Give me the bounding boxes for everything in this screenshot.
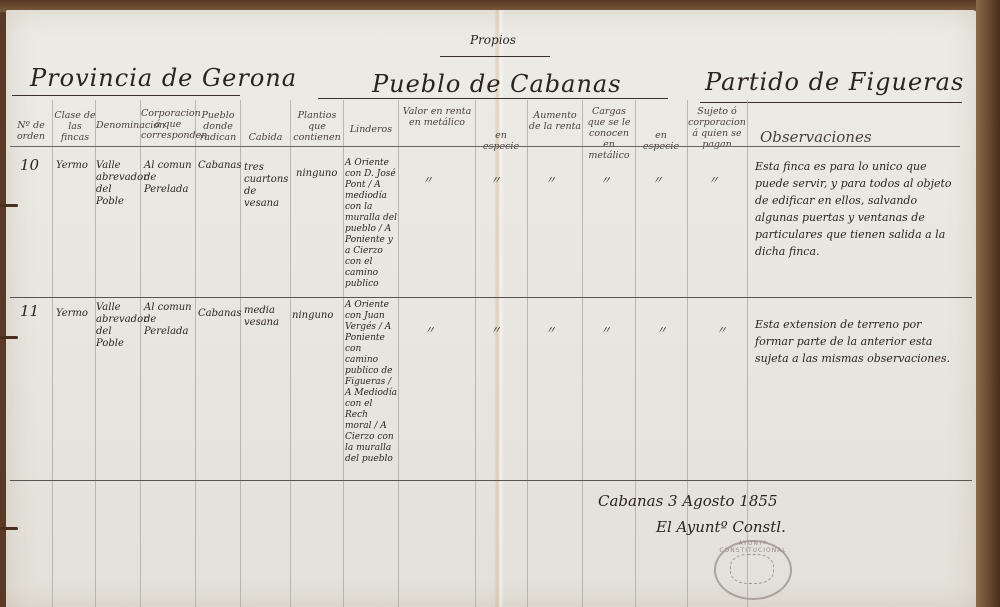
place-date: Cabanas 3 Agosto 1855 [598, 492, 778, 510]
col-header-pueblo: Pueblo donde radican [196, 110, 240, 143]
column-rule [343, 100, 344, 607]
seal-emblem-icon [730, 554, 774, 584]
binding-thread [0, 204, 18, 207]
col-header-clase: Clase de las fincas [54, 110, 96, 143]
binding-thread [0, 527, 18, 530]
cell-cabida: media vesana [244, 305, 290, 329]
cell-linderos: A Oriente con D. José Pont / A mediodía … [345, 158, 397, 290]
cell-denominacion: Valle abrevador del Poble [96, 302, 142, 350]
column-rule [635, 100, 636, 607]
book-edge-right [976, 0, 1000, 607]
cell-valor-especie: 〃 [490, 322, 501, 338]
heading-underline [318, 98, 668, 99]
town-heading: Pueblo de Cabanas [372, 70, 622, 98]
column-rule [527, 100, 528, 607]
cell-sujeto: 〃 [716, 322, 727, 338]
town-note: Propios [470, 33, 516, 47]
cell-observaciones: Esta finca es para lo unico que puede se… [755, 158, 960, 260]
row-rule [10, 297, 972, 298]
cell-linderos: A Oriente con Juan Vergés / A Poniente c… [345, 300, 397, 465]
cell-denominacion: Valle abrevador del Poble [96, 160, 142, 208]
col-header-corporacion: Corporacion á que corresponden [141, 108, 195, 141]
cell-plantios: ninguno [296, 168, 342, 180]
signature: El Ayuntº Constl. [656, 518, 786, 536]
col-header-valor-especie: en especie [476, 130, 526, 152]
col-header-plantios: Plantios que contienen [291, 110, 343, 143]
cell-cargas-especie: 〃 [652, 172, 663, 188]
cell-aumento: 〃 [545, 172, 556, 188]
column-rule [240, 100, 241, 607]
col-header-cabida: Cabida [241, 132, 290, 143]
heading-underline [12, 95, 240, 96]
cell-cabida: tres cuartons de vesana [244, 162, 290, 210]
column-rule [398, 100, 399, 607]
cell-orden: 11 [20, 302, 39, 320]
col-header-cargas-especie: en especie [636, 130, 686, 152]
cell-orden: 10 [20, 156, 39, 174]
district-heading: Partido de Figueras [705, 68, 964, 96]
col-header-aumento: Aumento de la renta [528, 110, 582, 132]
column-rule [290, 100, 291, 607]
cell-pueblo: Cabanas [198, 160, 242, 172]
heading-underline [700, 102, 962, 103]
cell-pueblo: Cabanas [198, 308, 242, 320]
cell-corporacion: Al comun de Perelada [144, 302, 194, 338]
cell-clase: Yermo [56, 308, 96, 320]
cell-clase: Yermo [56, 160, 96, 172]
col-header-denominacion: Denominacion [96, 120, 140, 131]
province-heading: Provincia de Gerona [30, 64, 297, 92]
col-header-observaciones: Observaciones [760, 128, 872, 146]
col-header-valor-metalico: Valor en renta en metálico [400, 106, 474, 128]
note-underline [440, 56, 550, 57]
col-header-linderos: Linderos [344, 124, 398, 135]
col-header-orden: Nº de orden [10, 120, 52, 142]
column-rule [52, 100, 53, 607]
cell-valor-metalico: 〃 [422, 172, 433, 188]
binding-thread [0, 336, 18, 339]
cell-valor-especie: 〃 [490, 172, 501, 188]
col-header-sujeto: Sujeto ó corporacion á quien se pagan [688, 106, 746, 150]
cell-plantios: ninguno [292, 310, 342, 322]
column-rule [475, 100, 476, 607]
cell-corporacion: Al comun de Perelada [144, 160, 194, 196]
row-rule [10, 480, 972, 481]
stamp-text: AYUNTº CONSTITUCIONAL [716, 540, 790, 554]
page-fold [494, 10, 504, 607]
cell-cargas-especie: 〃 [656, 322, 667, 338]
cell-cargas-metalico: 〃 [600, 172, 611, 188]
cell-valor-metalico: 〃 [424, 322, 435, 338]
cell-sujeto: 〃 [708, 172, 719, 188]
col-header-cargas-metalico: Cargas que se le conocen en metálico [583, 106, 635, 161]
cell-cargas-metalico: 〃 [600, 322, 611, 338]
cell-aumento: 〃 [545, 322, 556, 338]
column-rule [195, 100, 196, 607]
header-rule [10, 146, 960, 147]
seal-stamp: AYUNTº CONSTITUCIONAL [714, 540, 792, 600]
column-rule [582, 100, 583, 607]
cell-observaciones: Esta extension de terreno por formar par… [755, 316, 960, 367]
